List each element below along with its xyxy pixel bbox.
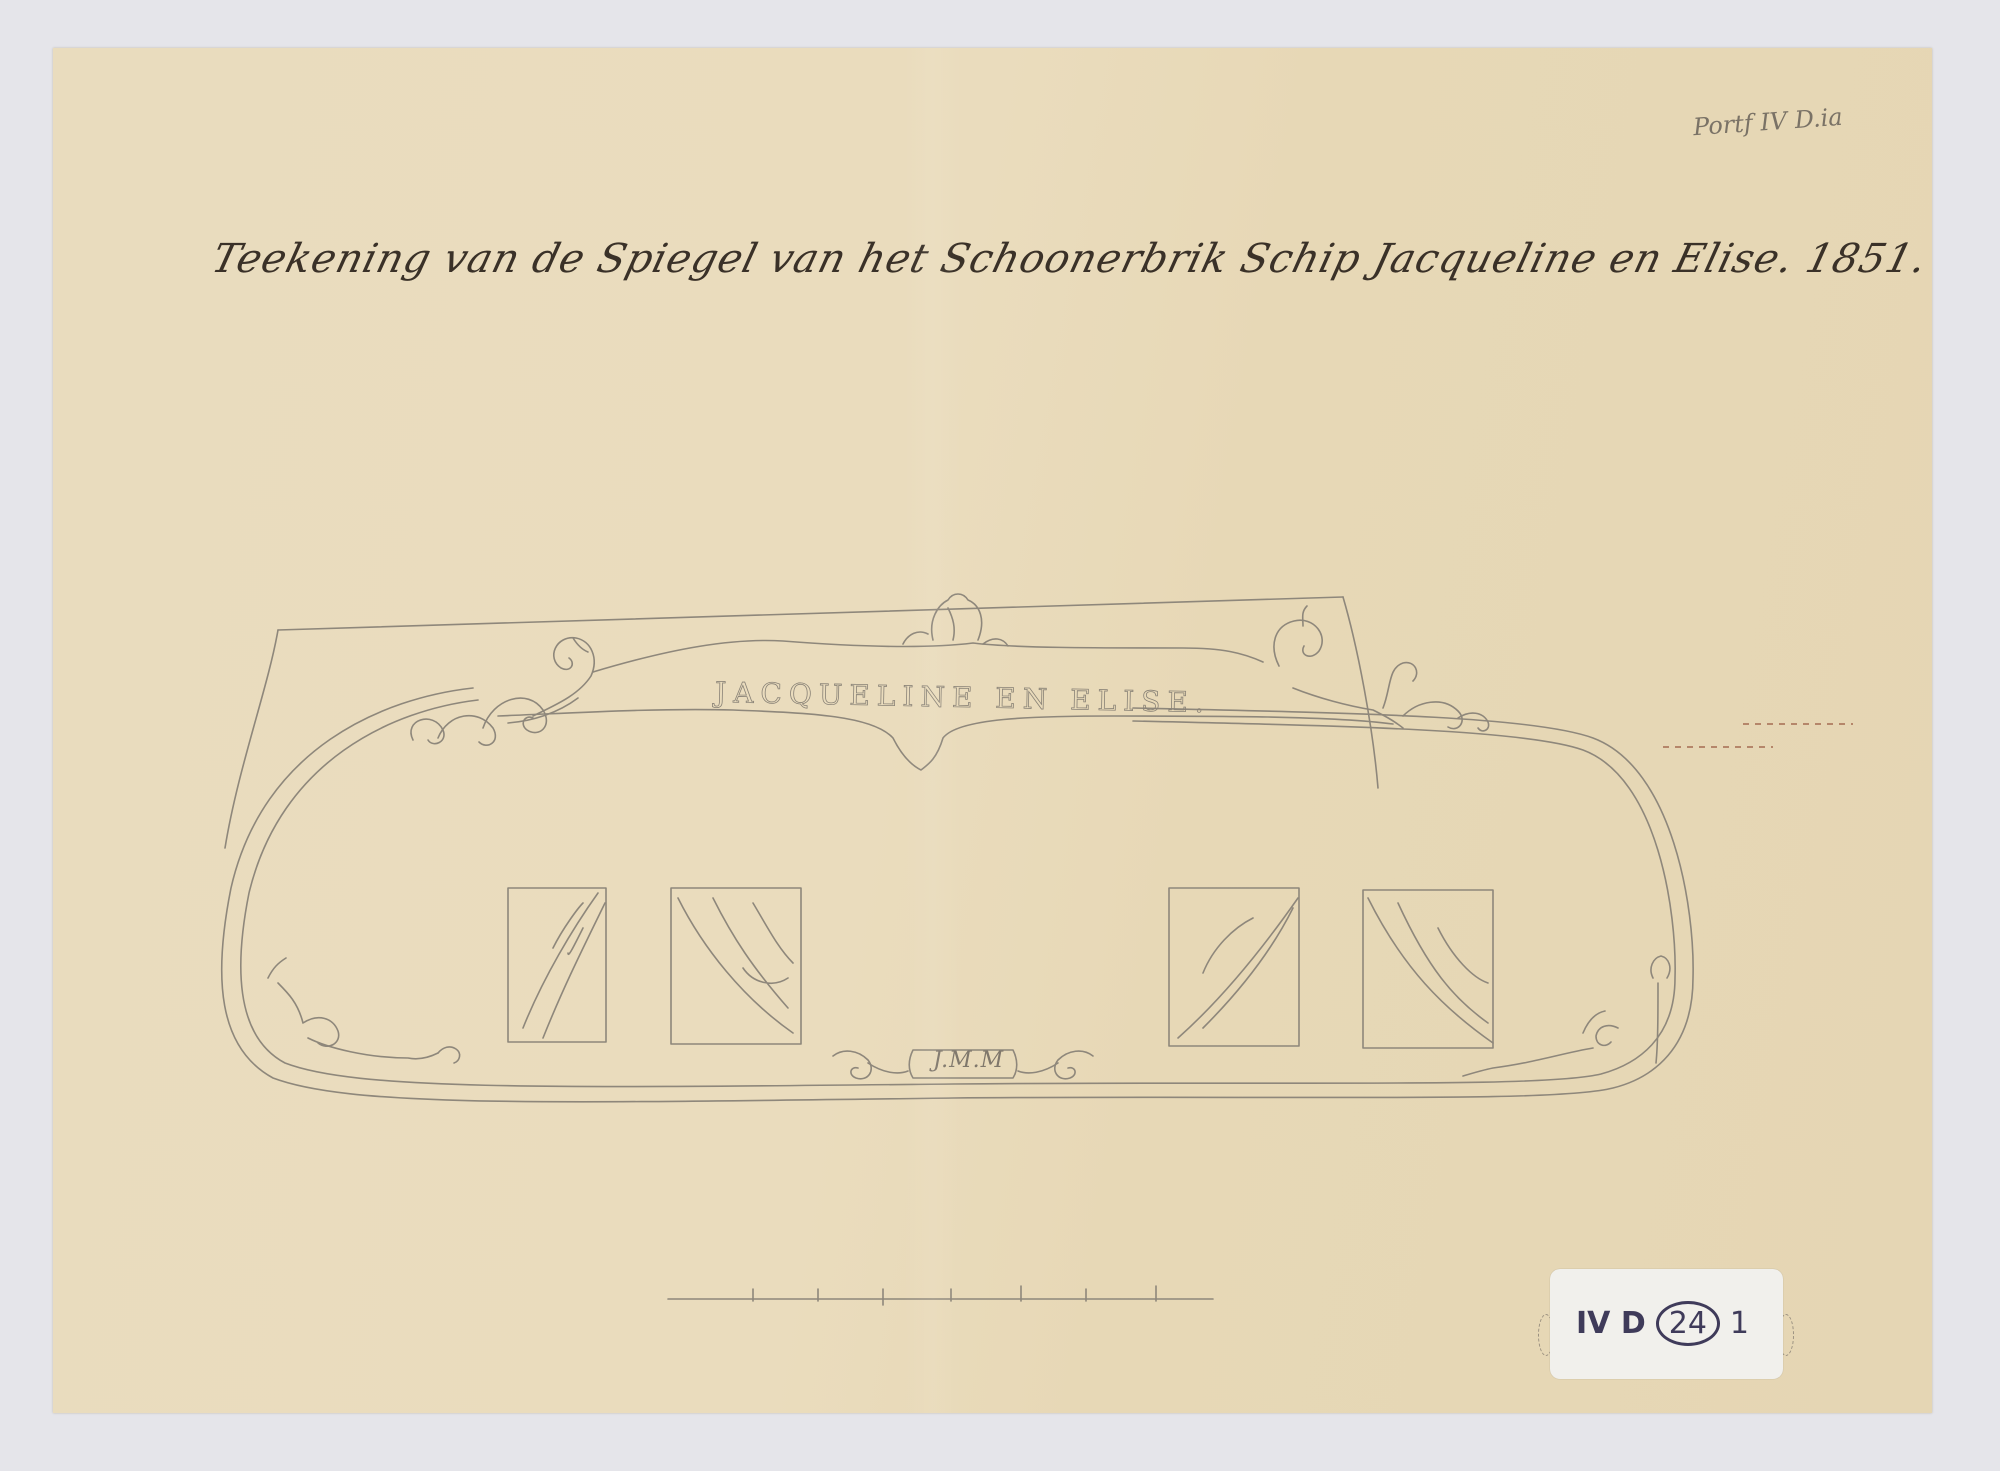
scale-bar-ticks [753, 1286, 1156, 1305]
rust-stain [1663, 746, 1773, 748]
window-3 [1169, 888, 1299, 1046]
archive-label-circled-number: 24 [1656, 1301, 1720, 1346]
frame-outer [222, 688, 1693, 1102]
rust-stain [1743, 723, 1853, 725]
archive-label-suffix: 1 [1730, 1306, 1749, 1341]
transom-drawing [53, 48, 1932, 1413]
archive-label-text: IV D 24 1 [1576, 1301, 1749, 1346]
drawing-sheet: Portf IV D.ia Teekening van de Spiegel v… [53, 48, 1932, 1413]
transom-top-line [278, 597, 1343, 630]
monogram-text: J.M.M [933, 1048, 1004, 1073]
frame-inner [241, 700, 1675, 1087]
window-4 [1363, 890, 1493, 1048]
archive-label-prefix: IV D [1576, 1306, 1646, 1341]
window-2 [671, 888, 801, 1044]
window-1 [508, 888, 606, 1042]
archive-label: IV D 24 1 [1550, 1269, 1783, 1379]
